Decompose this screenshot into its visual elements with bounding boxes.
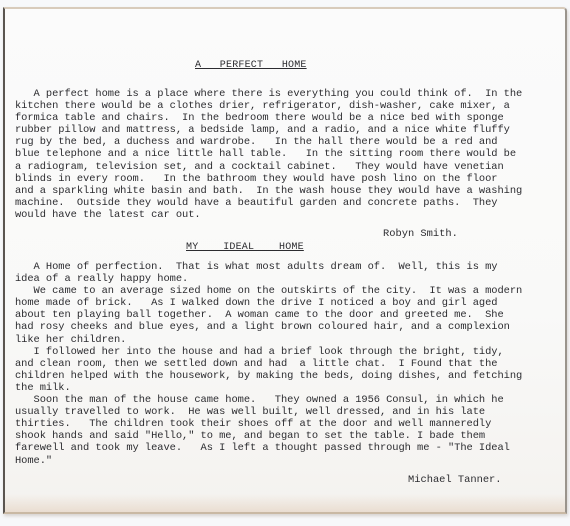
text-line: rug by the bed, a duchess and wardrobe. … [15, 136, 555, 148]
text-line: the milk. [15, 382, 555, 394]
text-line: children helped with the housework, by m… [15, 370, 555, 382]
text-line: and a sparkling white basin and bath. In… [15, 185, 555, 197]
text-line: farewell and took my leave. As I left a … [15, 442, 555, 454]
text-line: A Home of perfection. That is what most … [15, 261, 555, 273]
author-michael-tanner: Michael Tanner. [408, 474, 502, 486]
text-line: usually travelled to work. He was well b… [15, 406, 555, 418]
text-line: had rosy cheeks and blue eyes, and a lig… [15, 321, 555, 333]
text-line: about ten playing ball together. A woman… [15, 309, 555, 321]
text-line: kitchen there would be a clothes drier, … [15, 100, 555, 112]
text-line: blue telephone and a nice little hall ta… [15, 148, 555, 160]
text-line: shook hands and said "Hello," to me, and… [15, 430, 555, 442]
text-line: We came to an average sized home on the … [15, 285, 555, 297]
text-line: and clean room, then we settled down and… [15, 358, 555, 370]
section-title-my-ideal-home: MY IDEAL HOME [186, 242, 304, 253]
text-line: idea of a really happy home. [15, 273, 555, 285]
document-page: A PERFECT HOME A perfect home is a place… [3, 7, 567, 514]
text-line: I followed her into the house and had a … [15, 346, 555, 358]
text-line: Soon the man of the house came home. The… [15, 394, 555, 406]
text-line: home made of brick. As I walked down the… [15, 297, 555, 309]
essay-my-ideal-home: A Home of perfection. That is what most … [15, 261, 560, 467]
text-line: would have the latest car out. [15, 209, 555, 221]
text-line: rubber pillow and mattress, a bedside la… [15, 124, 555, 136]
text-line: a radiogram, television set, and a cockt… [15, 161, 555, 173]
text-line: Home." [15, 455, 555, 467]
text-line: like her children. [15, 334, 555, 346]
essay-perfect-home: A perfect home is a place where there is… [15, 88, 560, 221]
text-line: thirties. The children took their shoes … [15, 418, 555, 430]
text-line: A perfect home is a place where there is… [15, 88, 555, 100]
text-line: formica table and chairs. In the bedroom… [15, 112, 555, 124]
author-robyn-smith: Robyn Smith. [383, 228, 458, 240]
text-line: machine. Outside they would have a beaut… [15, 197, 555, 209]
text-line: blinds in every room. In the bathroom th… [15, 173, 555, 185]
section-title-perfect-home: A PERFECT HOME [195, 60, 307, 71]
